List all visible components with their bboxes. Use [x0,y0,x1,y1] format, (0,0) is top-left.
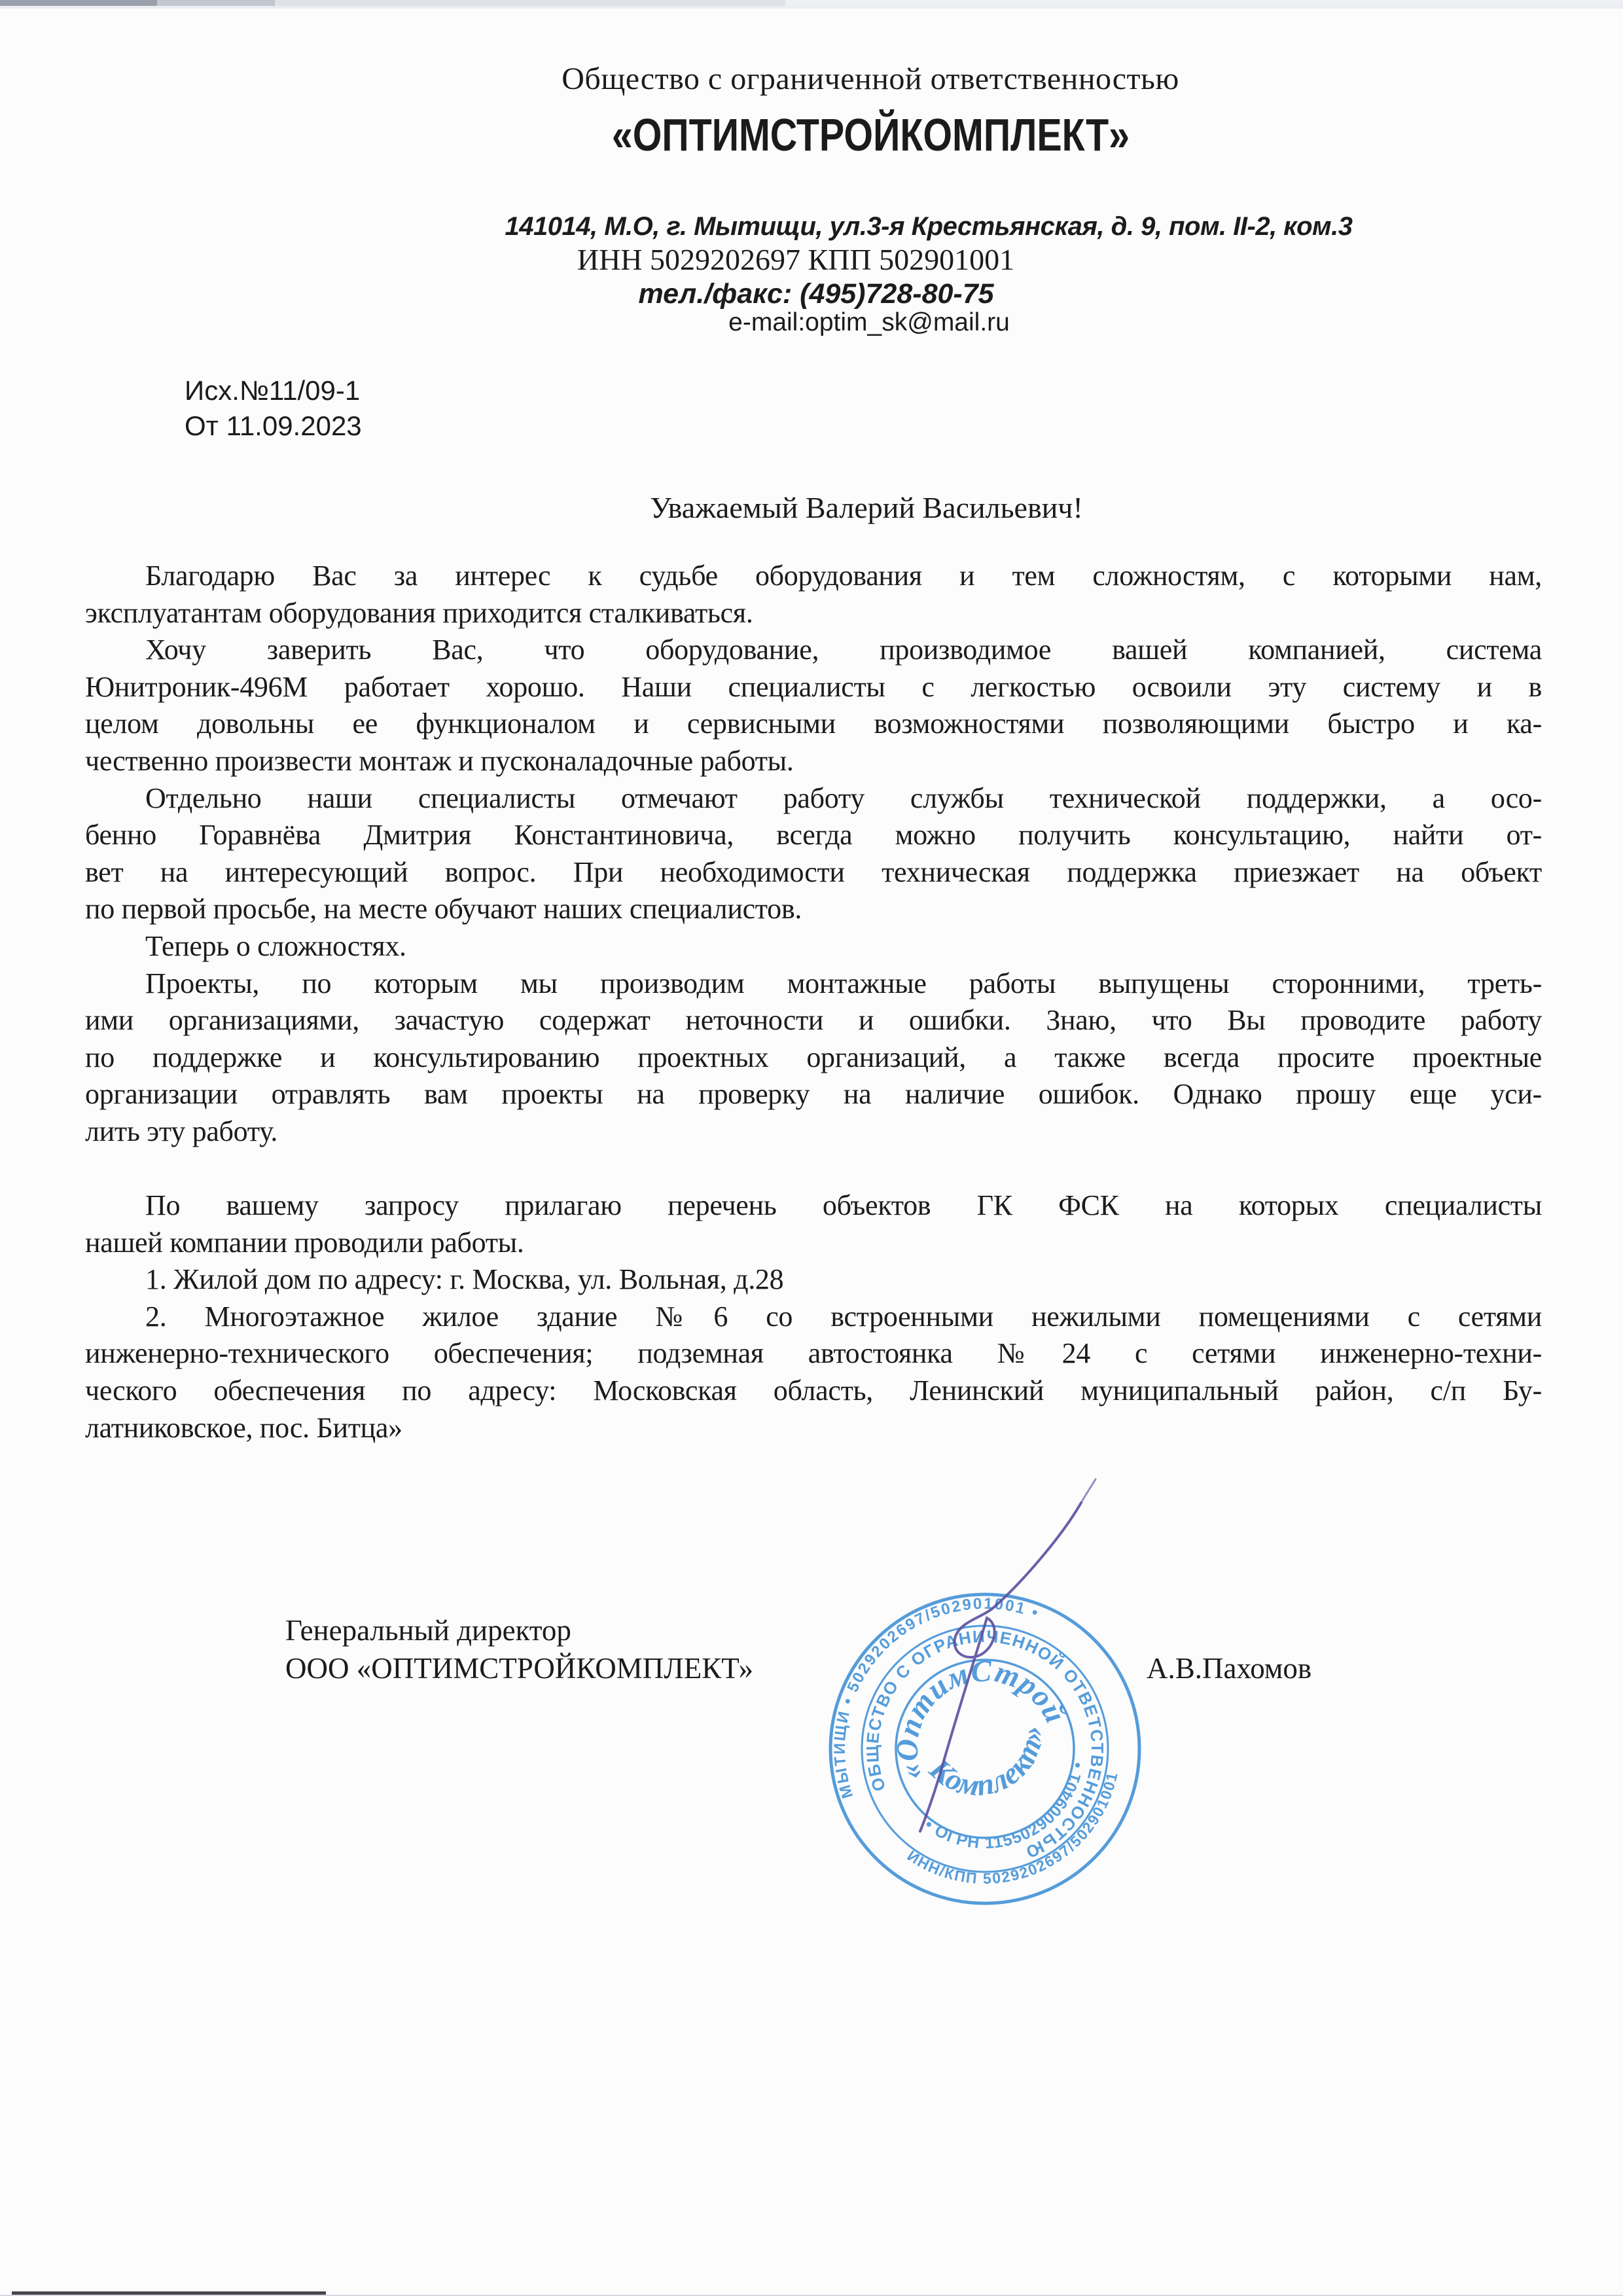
salutation: Уважаемый Валерий Васильевич! [110,490,1623,526]
body-line: латниковское, пос. Битца» [85,1410,1542,1447]
signer-position-line1: Генеральный директор [285,1611,753,1649]
scan-edge-top-soft [0,6,1623,9]
letter-date: От 11.09.2023 [185,408,362,444]
svg-text:«ОптимСтрой: «ОптимСтрой [862,1626,1074,1787]
svg-text:МЫТИЩИ • 5029202697/502901001: МЫТИЩИ • 5029202697/502901001 • [785,1566,1082,1802]
email-line: e-mail:optim_sk@mail.ru [115,308,1623,338]
reference-block: Исх.№11/09-1 От 11.09.2023 [185,373,362,444]
letter-body: Благодарю Вас за интерес к судьбе оборуд… [85,558,1542,1446]
body-line: 1. Жилой дом по адресу: г. Москва, ул. В… [85,1261,1542,1299]
body-line: эксплуатантам оборудования приходится ст… [85,595,1542,632]
body-line: вет на интересующий вопрос. При необходи… [85,854,1542,891]
signer-position-line2: ООО «ОПТИМСТРОЙКОМПЛЕКТ» [285,1649,753,1687]
body-line: Отдельно наши специалисты отмечают работ… [85,780,1542,817]
outgoing-number: Исх.№11/09-1 [185,373,362,408]
stamp-center-name-bottom: Комплект» [917,1712,1068,1823]
company-stamp: МЫТИЩИ • 5029202697/502901001 • ИНН/КПП … [784,1548,1186,1950]
body-line: бенно Горавнёва Дмитрия Константиновича,… [85,817,1542,854]
body-line: организации отравлять вам проекты на про… [85,1076,1542,1113]
body-line: Хочу заверить Вас, что оборудование, про… [85,632,1542,669]
stamp-outer-ring-bottom-text: ИНН/КПП 5029202697/502901001 [901,1765,1145,1921]
body-line: 2. Многоэтажное жилое здание №6 со встро… [85,1299,1542,1336]
svg-text:ИНН/КПП 5029202697/502901001: ИНН/КПП 5029202697/502901001 [901,1765,1145,1921]
body-line: Теперь о сложностях. [85,928,1542,965]
body-line: инженерно-технического обеспечения; подз… [85,1335,1542,1372]
phone-fax-line: тел./факс: (495)728-80-75 [0,278,1623,310]
scan-edge-top [0,0,1623,6]
body-line: по первой просьбе, на месте обучают наши… [85,891,1542,928]
stamp-inner-circle [869,1633,1101,1865]
company-name-text: «ОПТИМСТРОЙКОМПЛЕКТ» [611,109,1129,161]
body-line: ими организациями, зачастую содержат нет… [85,1002,1542,1039]
handwritten-signature [920,1479,1096,1831]
stamp-middle-ring-text: ОБЩЕСТВО С ОГРАНИЧЕННОЙ ОТВЕТСТВЕННОСТЬЮ [825,1589,1145,1909]
stamp-ring-circle [825,1588,1145,1909]
body-line: нашей компании проводили работы. [85,1225,1542,1262]
body-line: ческого обеспечения по адресу: Московска… [85,1372,1542,1410]
svg-text:ОБЩЕСТВО С ОГРАНИЧЕННОЙ ОТВЕТС: ОБЩЕСТВО С ОГРАНИЧЕННОЙ ОТВЕТСТВЕННОСТЬЮ [825,1589,1145,1909]
body-line: Юнитроник-496М работает хорошо. Наши спе… [85,669,1542,706]
body-line: лить эту работу. [85,1113,1542,1151]
address-line: 141014, М.О, г. Мытищи, ул.3-я Крестьянс… [234,211,1623,242]
body-line: целом довольны ее функционалом и сервисн… [85,706,1542,743]
svg-text:Комплект»: Комплект» [917,1712,1068,1823]
signer-position: Генеральный директор ООО «ОПТИМСТРОЙКОМП… [285,1611,753,1687]
company-name: «ОПТИМСТРОЙКОМПЛЕКТ» [118,109,1623,161]
body-line: Благодарю Вас за интерес к судьбе оборуд… [85,558,1542,595]
body-line: чественно произвести монтаж и пусконалад… [85,743,1542,780]
stamp-ogrn-text: • ОГРН 1155029009401 • [918,1754,1107,1878]
body-line: Проекты, по которым мы производим монтаж… [85,965,1542,1003]
svg-text:• ОГРН 1155029009401 •: • ОГРН 1155029009401 • [918,1754,1107,1878]
inn-kpp-line: ИНН 5029202697 КПП 502901001 [0,242,1592,278]
org-type-line: Общество с ограниченной ответственностью [118,60,1623,98]
signer-name: А.В.Пахомов [1147,1649,1311,1687]
body-blank-line [85,1151,1542,1188]
stamp-outer-ring-text: МЫТИЩИ • 5029202697/502901001 • [785,1566,1082,1802]
stamp-outer-circle [784,1548,1186,1950]
body-line: по поддержке и консультированию проектны… [85,1039,1542,1077]
stamp-center-name-top: «ОптимСтрой [862,1626,1074,1787]
body-line: По вашему запросу прилагаю перечень объе… [85,1187,1542,1225]
